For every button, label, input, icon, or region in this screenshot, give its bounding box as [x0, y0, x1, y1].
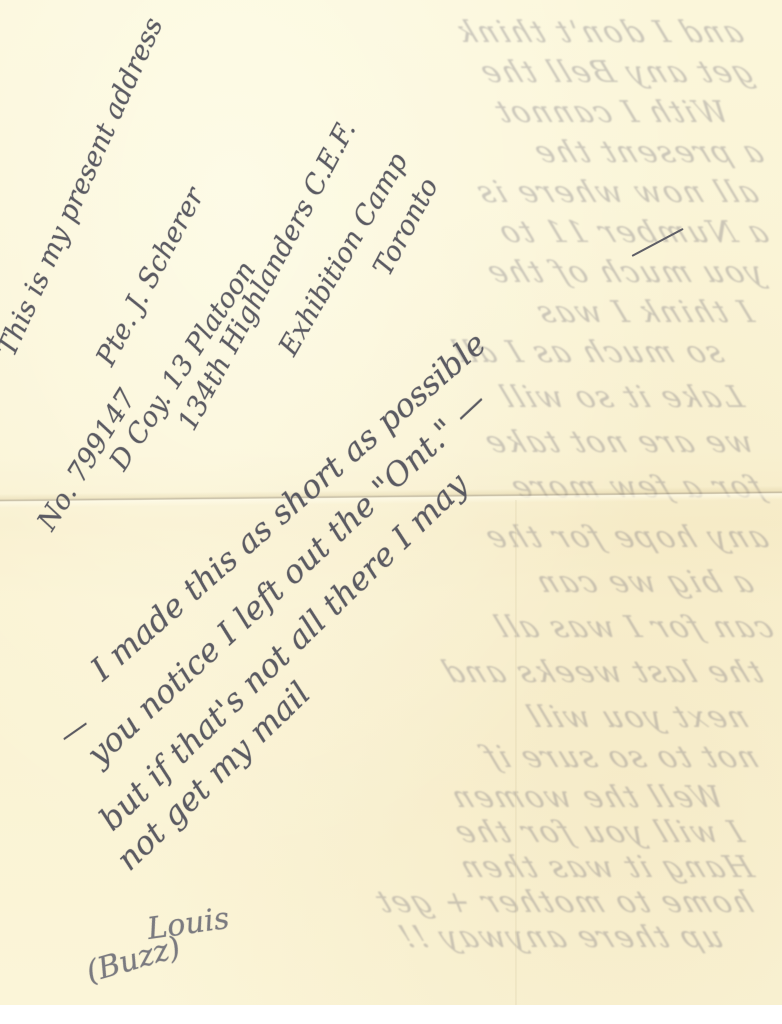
bleed-line: next you will	[520, 700, 754, 735]
bleed-line: With I cannot	[488, 95, 734, 130]
bleed-line: we are not take	[478, 425, 759, 460]
bleed-line: home to mother + get	[369, 885, 759, 920]
bleed-line: I will you for the	[447, 815, 749, 850]
bleed-line: all now where is	[469, 175, 764, 210]
bleed-line: get any Bell the	[473, 55, 759, 90]
bleed-line: a big we can	[529, 565, 759, 600]
vertical-fold-line	[515, 500, 517, 1005]
bleed-line: a present the	[527, 135, 769, 170]
bleed-line: can for I was all	[487, 610, 779, 645]
bleed-line: up there anyway !!	[392, 920, 729, 955]
letter-page: and I don't think get any Bell the With …	[0, 0, 782, 1005]
bleed-line: you much of the	[480, 255, 769, 290]
bleed-line: and I don't think	[449, 15, 749, 50]
bleed-line: not to so sure if	[477, 740, 764, 775]
bleed-line: Hang it was then	[453, 850, 759, 885]
bleed-line: Well the women	[444, 780, 729, 815]
bleed-line: I think I was	[529, 295, 759, 330]
bleed-line: any hope for the	[478, 520, 774, 555]
bleed-line: Lake it so will	[493, 380, 749, 415]
bleed-line: a Number 11 to	[492, 215, 774, 250]
bleed-line: the last weeks and	[435, 655, 769, 690]
